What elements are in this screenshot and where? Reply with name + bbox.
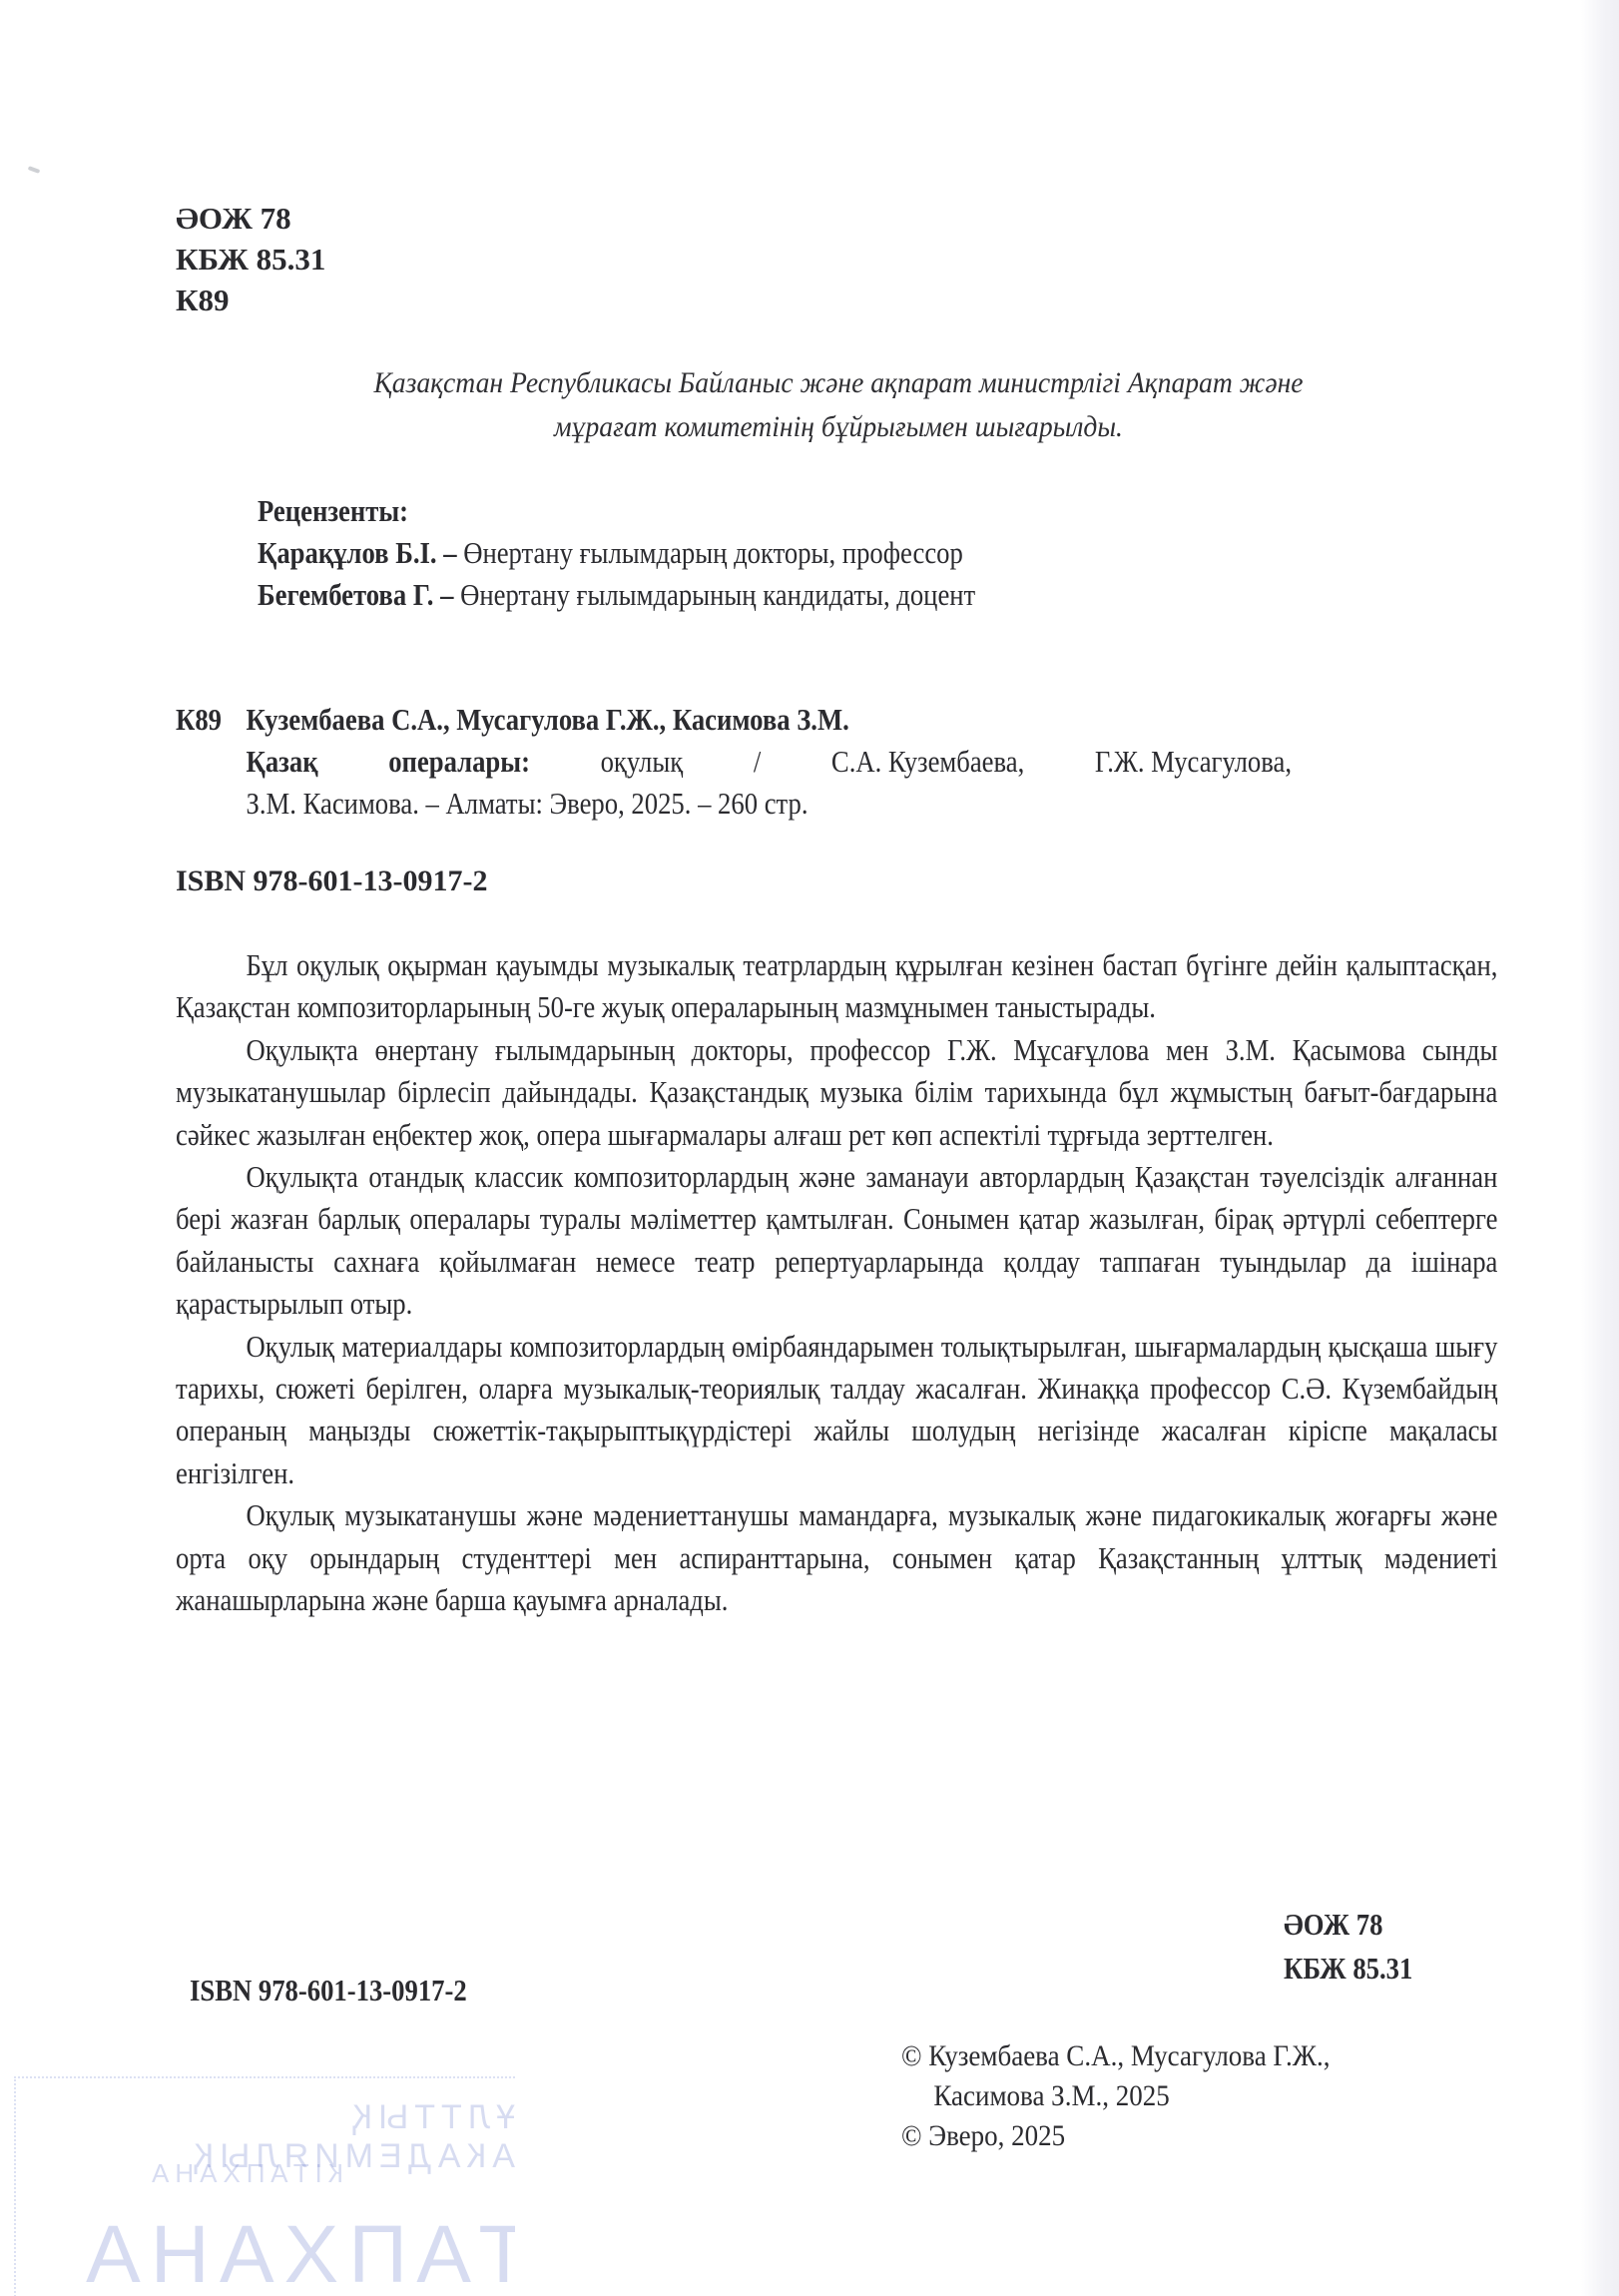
reviewers-section: Рецензенты: Қарақұлов Б.І. – Өнертану ғы… <box>258 490 975 616</box>
ministry-note: Қазақстан Республикасы Байланыс және ақп… <box>251 361 1426 449</box>
lbc-code: КБЖ 85.31 <box>1284 1947 1412 1991</box>
reviewer-title: Өнертану ғылымдарының кандидаты, доцент <box>460 577 975 612</box>
biblio-authors-row: К89 Кузембаева С.А., Мусагулова Г.Ж., Ка… <box>176 699 1292 741</box>
isbn-top: ISBN 978-601-13-0917-2 <box>176 864 488 898</box>
biblio-responsibility-1: С.А. Кузембаева, <box>831 741 1024 783</box>
reviewer-separator: – <box>433 577 460 612</box>
reviewer-name: Бегембетова Г. <box>258 577 433 612</box>
annotation-paragraph: Оқулықта отандық классик композиторларды… <box>176 1156 1497 1326</box>
copyright-line-authors: © Кузембаева С.А., Мусагулова Г.Ж., <box>901 2036 1330 2076</box>
reviewer-item: Қарақұлов Б.І. – Өнертану ғылымдарың док… <box>258 532 975 574</box>
reviewer-separator: – <box>437 535 464 570</box>
udc-code: ӘОЖ 78 <box>176 198 325 239</box>
ministry-note-line-2: мұрағат комитетінің бұйрығымен шығарылды… <box>251 405 1426 449</box>
biblio-code: К89 <box>176 699 247 741</box>
biblio-responsibility-2: Г.Ж. Мусагулова, <box>1095 741 1292 783</box>
scan-shadow-edge <box>1581 0 1619 2296</box>
biblio-imprint: З.М. Касимова. – Алматы: Эверо, 2025. – … <box>247 783 809 825</box>
classification-codes-top: ӘОЖ 78 КБЖ 85.31 К89 <box>176 198 325 320</box>
biblio-imprint-row: З.М. Касимова. – Алматы: Эверо, 2025. – … <box>176 783 1292 825</box>
stamp-line-2: КІТАПХАНА <box>146 2158 343 2189</box>
biblio-title-word-2: опералары: <box>388 741 530 783</box>
lbc-code: КБЖ 85.31 <box>176 239 325 280</box>
bibliographic-record: К89 Кузембаева С.А., Мусагулова Г.Ж., Ка… <box>176 699 1292 825</box>
scan-speck <box>28 166 41 174</box>
biblio-type: оқулық <box>601 741 684 783</box>
copyright-block: © Кузембаева С.А., Мусагулова Г.Ж., Каси… <box>901 2036 1330 2156</box>
annotation: Бұл оқулық оқырман қауымды музыкалық теа… <box>176 944 1497 1622</box>
author-mark: К89 <box>176 280 325 320</box>
copyright-line-publisher: © Эверо, 2025 <box>901 2116 1330 2156</box>
isbn-bottom: ISBN 978-601-13-0917-2 <box>190 1973 467 2009</box>
biblio-slash: / <box>754 741 761 783</box>
copyright-line-authors-cont: Касимова З.М., 2025 <box>901 2076 1330 2116</box>
reviewer-title: Өнертану ғылымдарың докторы, профессор <box>463 535 963 570</box>
reviewer-name: Қарақұлов Б.І. <box>258 535 437 570</box>
reviewer-item: Бегембетова Г. – Өнертану ғылымдарының к… <box>258 574 975 616</box>
stamp-line-3: КІТАПХАНА <box>76 2208 515 2296</box>
annotation-paragraph: Бұл оқулық оқырман қауымды музыкалық теа… <box>176 944 1497 1029</box>
reviewers-heading: Рецензенты: <box>258 490 975 532</box>
biblio-title-row: Қазақ опералары: оқулық / С.А. Кузембаев… <box>176 741 1292 783</box>
annotation-paragraph: Оқулықта өнертану ғылымдарының докторы, … <box>176 1029 1497 1156</box>
annotation-paragraph: Оқулық материалдары композиторлардың өмі… <box>176 1326 1497 1495</box>
biblio-title-word-1: Қазақ <box>247 741 318 783</box>
biblio-authors: Кузембаева С.А., Мусагулова Г.Ж., Касимо… <box>247 699 849 741</box>
classification-codes-bottom: ӘОЖ 78 КБЖ 85.31 <box>1284 1903 1412 1991</box>
ministry-note-line-1: Қазақстан Республикасы Байланыс және ақп… <box>251 361 1426 405</box>
udc-code: ӘОЖ 78 <box>1284 1903 1412 1947</box>
annotation-paragraph: Оқулық музыкатанушы және мәдениеттанушы … <box>176 1494 1497 1621</box>
library-stamp-bleedthrough: ҰЛТТЫҚ АКАДЕМИЯЛЫҚ КІТАПХАНА КІТАПХАНА <box>14 2076 515 2296</box>
